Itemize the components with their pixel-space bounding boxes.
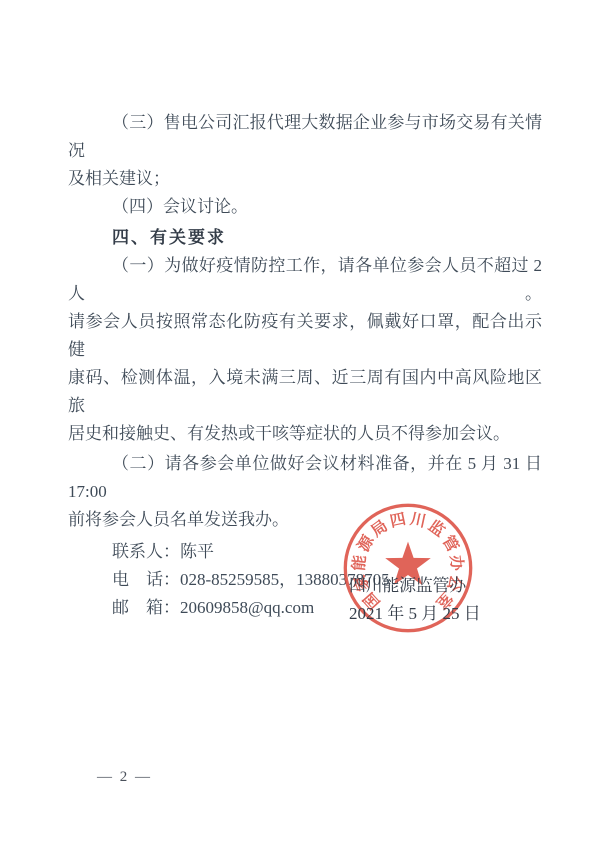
doc-line-req1-3: 康码、检测体温，入境未满三周、近三周有国内中高风险地区旅 [68, 364, 542, 420]
doc-line-item4: （四）会议讨论。 [68, 193, 542, 221]
svg-text:局: 局 [368, 516, 392, 540]
page-number: — 2 — [97, 766, 152, 788]
svg-text:四: 四 [388, 510, 407, 531]
svg-text:能: 能 [349, 554, 370, 572]
doc-line-req2-1: （二）请各参会单位做好会议材料准备，并在 5 月 31 日 17:00 [68, 450, 542, 506]
document-page: （三）售电公司汇报代理大数据企业参与市场交易有关情况 及相关建议； （四）会议讨… [0, 0, 608, 860]
svg-text:川: 川 [409, 510, 428, 531]
doc-line-req1-1: （一）为做好疫情防控工作，请各单位参会人员不超过 2 人。 [68, 252, 542, 308]
doc-line-item3: （三）售电公司汇报代理大数据企业参与市场交易有关情况 [68, 109, 542, 165]
svg-text:办: 办 [447, 554, 467, 573]
section-heading: 四、有关要求 [68, 224, 542, 252]
signature-date: 2021 年 5 月 25 日 [349, 600, 481, 628]
doc-line-req1-4: 居史和接触史、有发热或干咳等症状的人员不得参加会议。 [68, 420, 542, 448]
signature-agency: 四川能源监管办 [349, 572, 466, 600]
svg-text:管: 管 [438, 532, 462, 555]
doc-line-req1-2: 请参会人员按照常态化防疫有关要求，佩戴好口罩，配合出示健 [68, 308, 542, 364]
doc-line-item3-cont: 及相关建议； [68, 165, 542, 193]
